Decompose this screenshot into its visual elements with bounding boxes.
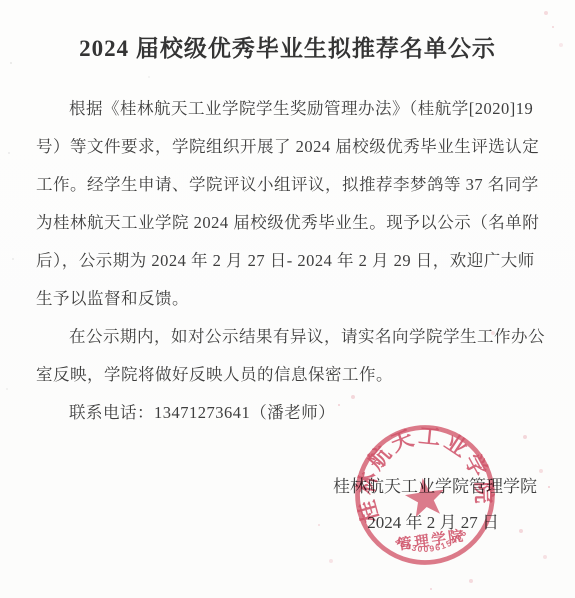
paragraph: 在公示期内，如对公示结果有异议，请实名向学院学生工作办公 室反映，学院将做好反映… xyxy=(36,318,516,394)
scan-noise xyxy=(0,0,2,2)
seal-star-icon xyxy=(403,475,448,518)
body-line: 后），公示期为 2024 年 2 月 27 日- 2024 年 2 月 29 日… xyxy=(36,242,516,280)
document-body: 根据《桂林航天工业学院学生奖励管理办法》（桂航学[2020]19 号）等文件要求… xyxy=(36,90,516,432)
body-line: 根据《桂林航天工业学院学生奖励管理办法》（桂航学[2020]19 xyxy=(36,90,516,128)
body-line: 在公示期内，如对公示结果有异议，请实名向学院学生工作办公 xyxy=(36,318,516,356)
document-title: 2024 届校级优秀毕业生拟推荐名单公示 xyxy=(0,30,575,63)
paragraph: 根据《桂林航天工业学院学生奖励管理办法》（桂航学[2020]19 号）等文件要求… xyxy=(36,90,516,318)
body-line: 室反映，学院将做好反映人员的信息保密工作。 xyxy=(36,356,516,394)
document-page: 2024 届校级优秀毕业生拟推荐名单公示 根据《桂林航天工业学院学生奖励管理办法… xyxy=(0,0,575,598)
body-line: 生予以监督和反馈。 xyxy=(36,280,516,318)
body-line: 为桂林航天工业学院 2024 届校级优秀毕业生。现予以公示（名单附 xyxy=(36,204,516,242)
body-line: 号）等文件要求，学院组织开展了 2024 届校级优秀毕业生评选认定 xyxy=(36,128,516,166)
official-seal: 桂林航天工业学院 管理学院 4503009615406 xyxy=(339,409,511,581)
body-line: 工作。经学生申请、学院评议小组评议，拟推荐李梦鸽等 37 名同学 xyxy=(36,166,516,204)
